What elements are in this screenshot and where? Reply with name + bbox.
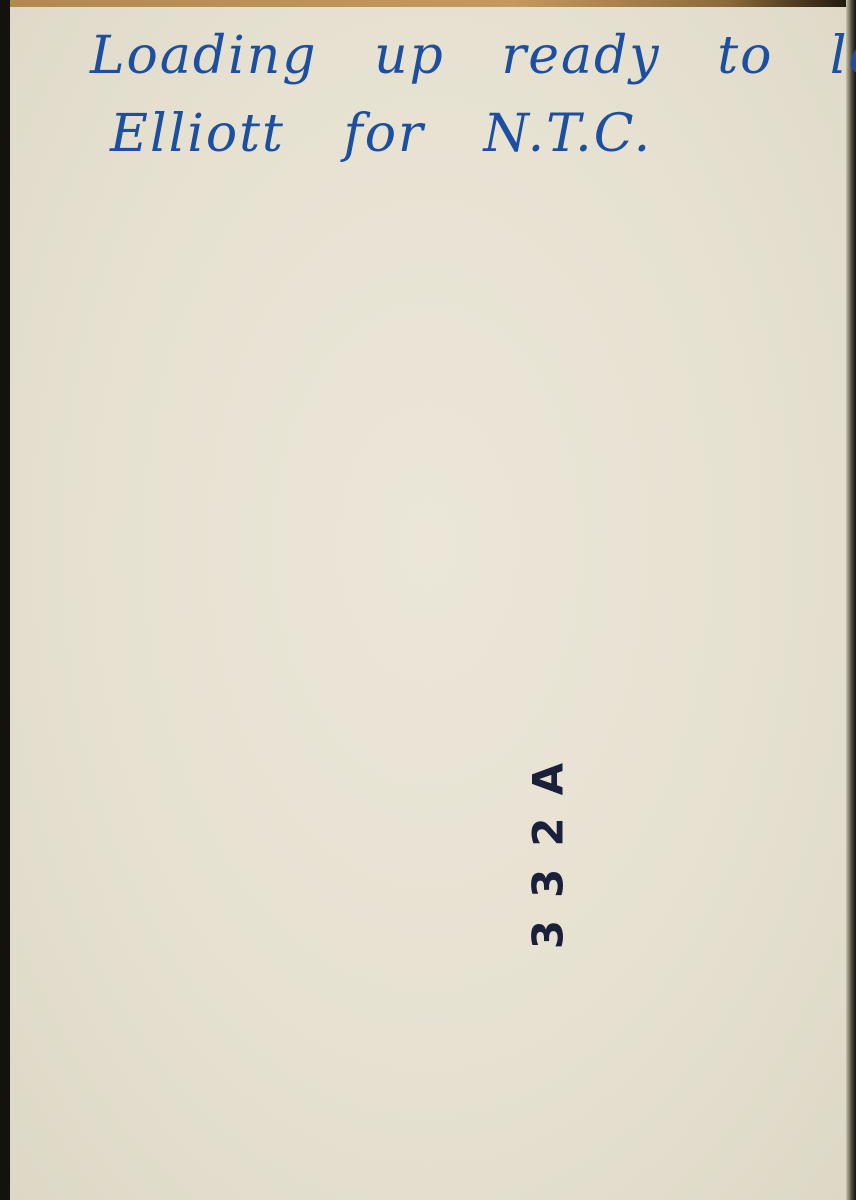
photo-card-back bbox=[10, 7, 846, 1200]
right-border bbox=[846, 0, 856, 1200]
catalog-stamp-number: 332A bbox=[524, 741, 573, 949]
caption-line-2: Elliott for N.T.C. bbox=[110, 104, 652, 164]
left-border bbox=[0, 0, 10, 1200]
caption-line-1: Loading up ready to leave bbox=[90, 26, 856, 86]
